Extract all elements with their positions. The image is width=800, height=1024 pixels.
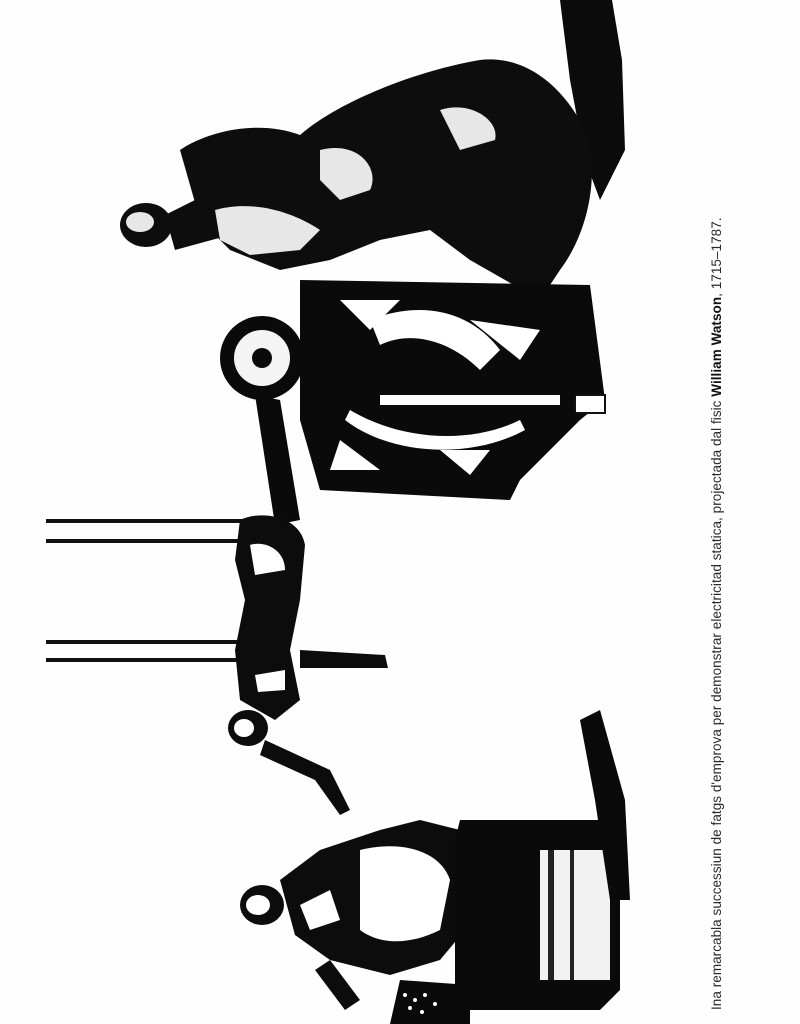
caption-dates: , 1715–1787.: [709, 217, 724, 296]
electrical-machine: [220, 280, 605, 525]
book-page: Ina remarcabla successiun de fatgs d'emp…: [0, 0, 800, 1024]
engraving-illustration: [0, 0, 800, 1024]
caption-text: Ina remarcabla successiun de fatgs d'emp…: [709, 397, 724, 1010]
figure-caption: Ina remarcabla successiun de fatgs d'emp…: [708, 210, 725, 1010]
caption-author-name: William Watson: [709, 297, 724, 397]
suspended-boy: [228, 515, 388, 815]
